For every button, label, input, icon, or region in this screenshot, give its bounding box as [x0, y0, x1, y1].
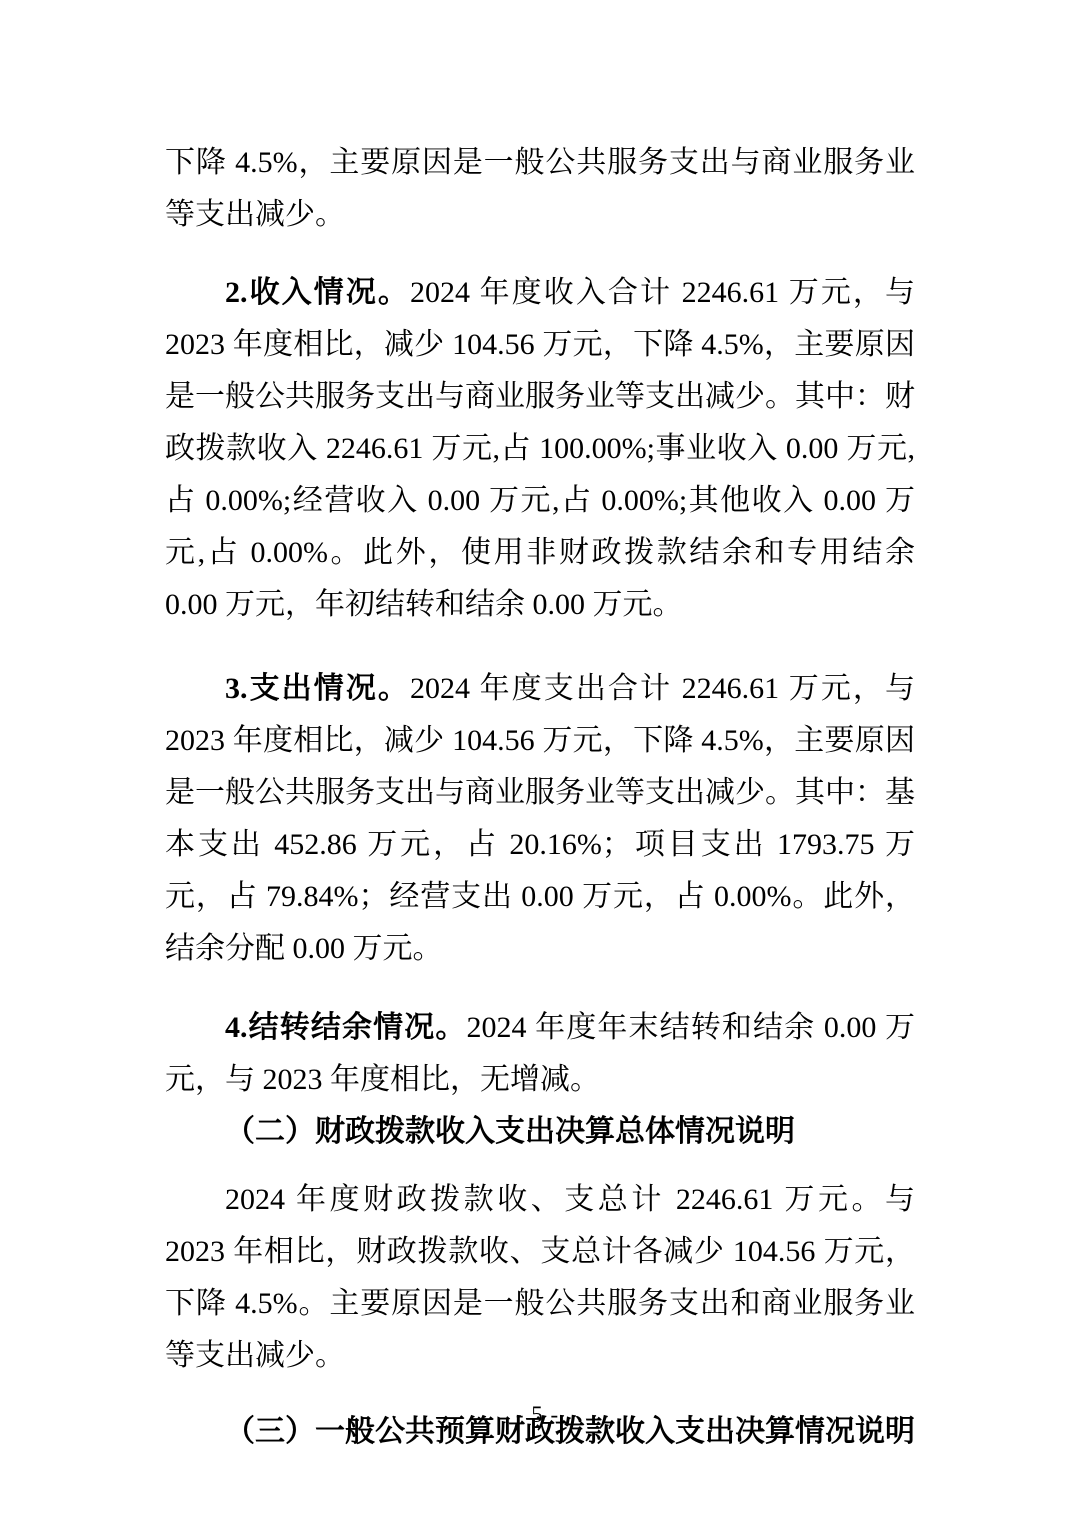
paragraph-income-situation: 2.收入情况。2024 年度收入合计 2246.61 万元，与 2023 年度相… [165, 267, 915, 631]
paragraph-lead: 4.结转结余情况。 [225, 1011, 467, 1044]
paragraph-text: 2024 年度财政拨款收、支总计 2246.61 万元。与 2023 年相比，财… [165, 1183, 915, 1372]
paragraph-carryover-situation: 4.结转结余情况。2024 年度年末结转和结余 0.00 万元，与 2023 年… [165, 1002, 915, 1106]
page-number: - 5 - [0, 1402, 1075, 1428]
document-body: 下降 4.5%，主要原因是一般公共服务支出与商业服务业等支出减少。 2.收入情况… [165, 137, 915, 1458]
paragraph-decline-continuation: 下降 4.5%，主要原因是一般公共服务支出与商业服务业等支出减少。 [165, 137, 915, 241]
paragraph-lead: 2.收入情况。 [225, 276, 410, 309]
paragraph-lead: 3.支出情况。 [225, 672, 410, 705]
paragraph-expenditure-situation: 3.支出情况。2024 年度支出合计 2246.61 万元，与 2023 年度相… [165, 663, 915, 975]
heading-section-2-fiscal-appropriation-overview: （二）财政拨款收入支出决算总体情况说明 [165, 1106, 915, 1158]
paragraph-text: 下降 4.5%，主要原因是一般公共服务支出与商业服务业等支出减少。 [165, 146, 915, 231]
document-page: 下降 4.5%，主要原因是一般公共服务支出与商业服务业等支出减少。 2.收入情况… [0, 0, 1075, 1520]
heading-text: （二）财政拨款收入支出决算总体情况说明 [225, 1115, 795, 1148]
paragraph-text: 2024 年度收入合计 2246.61 万元，与 2023 年度相比，减少 10… [165, 276, 915, 621]
paragraph-text: 2024 年度支出合计 2246.61 万元，与 2023 年度相比，减少 10… [165, 672, 915, 965]
paragraph-fiscal-appropriation-total: 2024 年度财政拨款收、支总计 2246.61 万元。与 2023 年相比，财… [165, 1174, 915, 1382]
